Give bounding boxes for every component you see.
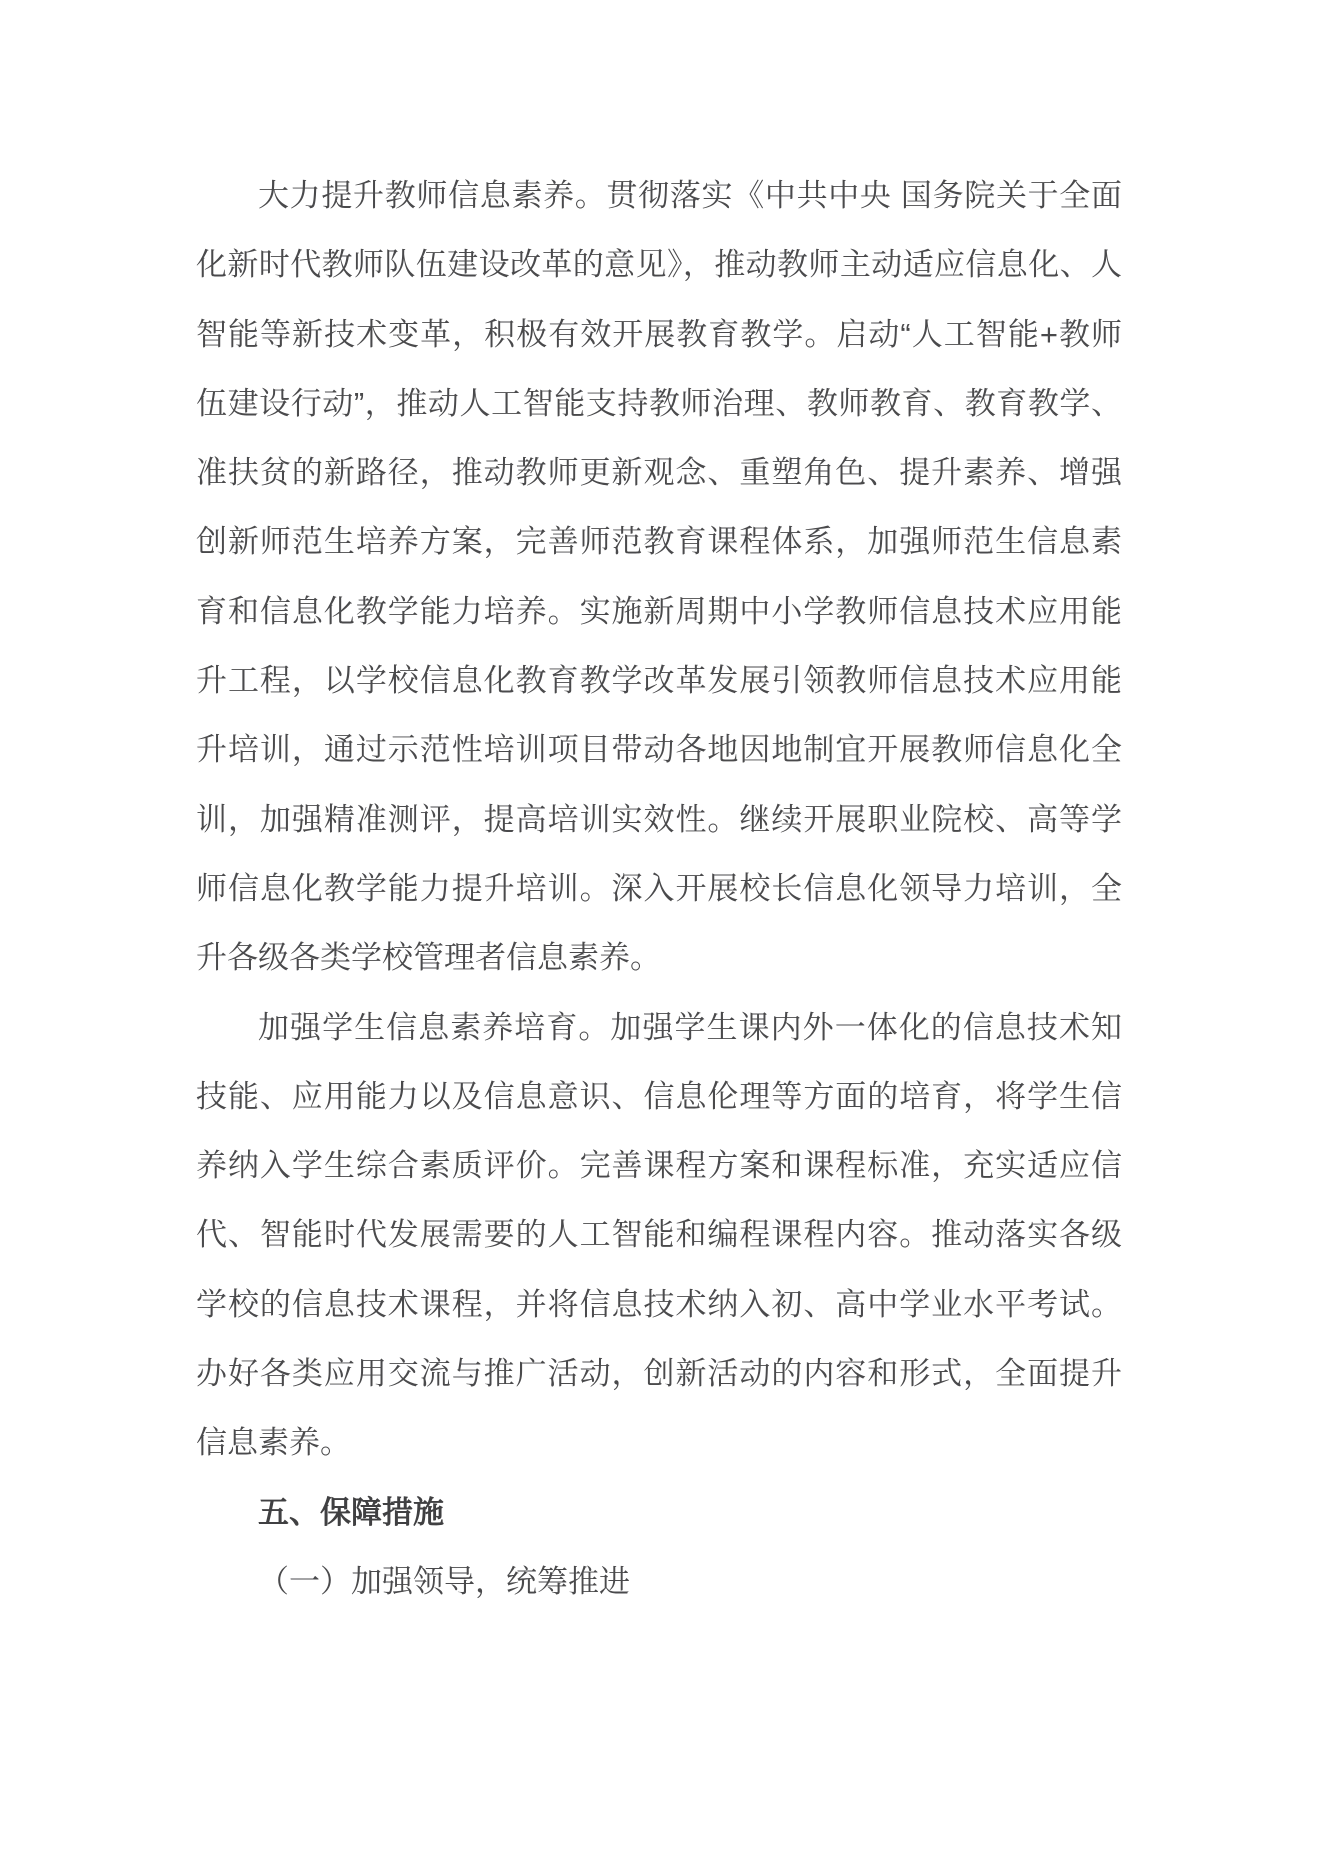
paragraph1-line: 育和信息化教学能力培养。实施新周期中小学教师信息技术应用能力提 <box>196 577 1122 646</box>
paragraph2-line: 信息素养。 <box>196 1408 1122 1477</box>
paragraph2-line: 加强学生信息素养培育。加强学生课内外一体化的信息技术知识、 <box>196 993 1122 1062</box>
paragraph1-line: 训，加强精准测评，提高培训实效性。继续开展职业院校、高等学校教 <box>196 785 1122 854</box>
paragraph1-line: 化新时代教师队伍建设改革的意见》，推动教师主动适应信息化、人工 <box>196 230 1122 299</box>
paragraph2-line: 学校的信息技术课程，并将信息技术纳入初、高中学业水平考试。继续 <box>196 1270 1122 1339</box>
paragraph1-line: 伍建设行动”，推动人工智能支持教师治理、教师教育、教育教学、精 <box>196 369 1122 438</box>
section-heading: 五、保障措施 <box>196 1478 1122 1547</box>
paragraph2-line: 养纳入学生综合素质评价。完善课程方案和课程标准，充实适应信息时 <box>196 1131 1122 1200</box>
paragraph1-line: 创新师范生培养方案，完善师范教育课程体系，加强师范生信息素养培 <box>196 507 1122 576</box>
paragraph1-line: 师信息化教学能力提升培训。深入开展校长信息化领导力培训，全面提 <box>196 854 1122 923</box>
paragraph2-line: 办好各类应用交流与推广活动，创新活动的内容和形式，全面提升学生 <box>196 1339 1122 1408</box>
document-page: 大力提升教师信息素养。贯彻落实《中共中央 国务院关于全面深 化新时代教师队伍建设… <box>196 161 1122 1616</box>
paragraph1-line: 升工程，以学校信息化教育教学改革发展引领教师信息技术应用能力提 <box>196 646 1122 715</box>
paragraph1-line: 升各级各类学校管理者信息素养。 <box>196 923 1122 992</box>
subsection-heading: （一）加强领导，统筹推进 <box>196 1547 1122 1616</box>
paragraph1-line: 大力提升教师信息素养。贯彻落实《中共中央 国务院关于全面深 <box>196 161 1122 230</box>
paragraph1-line: 准扶贫的新路径，推动教师更新观念、重塑角色、提升素养、增强能力。 <box>196 438 1122 507</box>
paragraph2-line: 代、智能时代发展需要的人工智能和编程课程内容。推动落实各级各类 <box>196 1200 1122 1269</box>
paragraph1-line: 升培训，通过示范性培训项目带动各地因地制宜开展教师信息化全员培 <box>196 715 1122 784</box>
paragraph2-line: 技能、应用能力以及信息意识、信息伦理等方面的培育，将学生信息素 <box>196 1062 1122 1131</box>
paragraph1-line: 智能等新技术变革，积极有效开展教育教学。启动“人工智能+教师队 <box>196 300 1122 369</box>
